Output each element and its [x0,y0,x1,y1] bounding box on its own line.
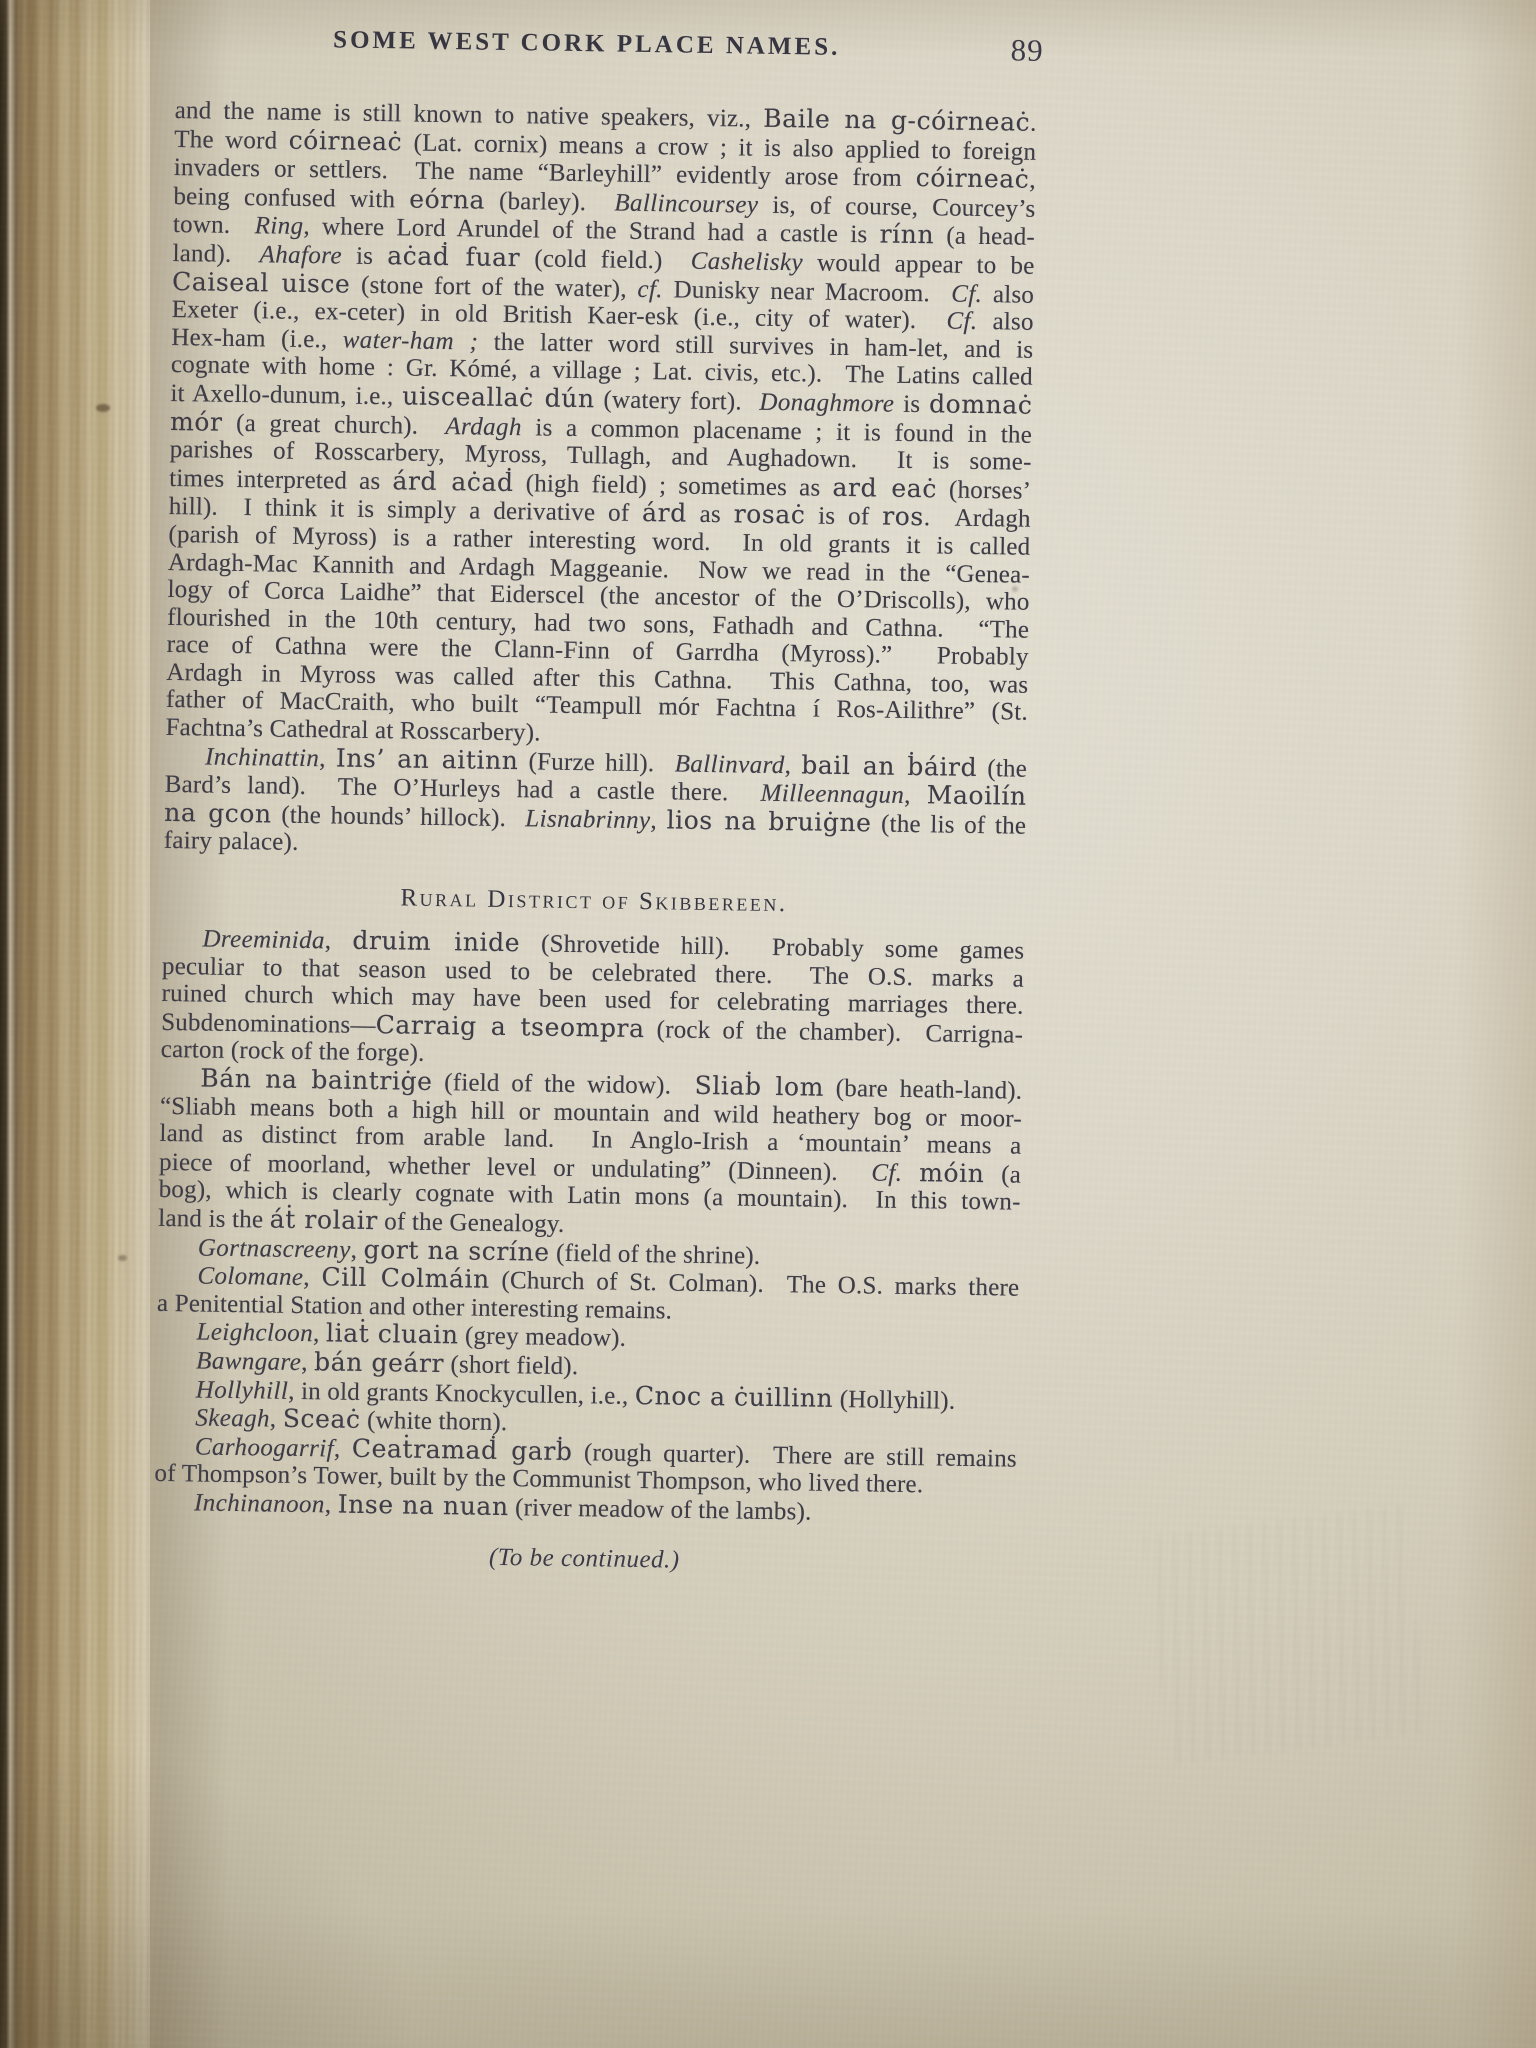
page-content: SOME WEST CORK PLACE NAMES. 89 and the n… [153,24,1038,1579]
right-vignette [1456,0,1536,2048]
page-number: 89 [1010,32,1044,68]
paragraph: Bán na baintriġe (field of the widow). S… [158,1064,1022,1245]
body-after-heading: Dreeminida, druim inide (Shrovetide hill… [154,924,1025,1529]
corner-shadow [0,1728,420,2048]
paragraph: and the name is still known to native sp… [165,96,1036,754]
paragraph: Inchinattin, Ins’ an aitinn (Furze hill)… [164,742,1028,868]
scanned-book-page: SOME WEST CORK PLACE NAMES. 89 and the n… [0,0,1536,2048]
to-be-continued: (To be continued.) [153,1538,1015,1579]
paper-speck [96,404,110,412]
body-before-heading: and the name is still known to native sp… [164,96,1037,868]
ink-show-through [1143,1505,1429,1765]
paragraph: Dreeminida, druim inide (Shrovetide hill… [161,924,1025,1077]
section-heading: Rural District of Skibbereen. [163,881,1025,922]
paper-speck [118,1255,127,1261]
